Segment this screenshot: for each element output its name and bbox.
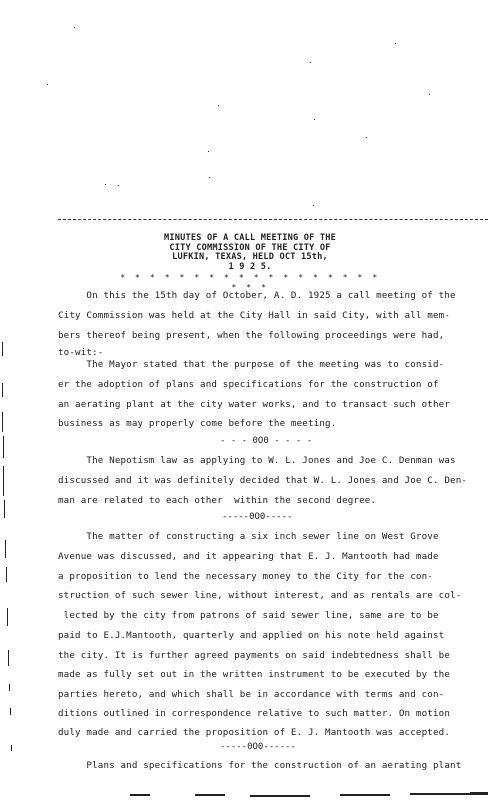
text-line: er the adoption of plans and specificati…	[58, 379, 439, 390]
scan-speck	[208, 151, 209, 152]
document-page: MINUTES OF A CALL MEETING OF THE CITY CO…	[0, 0, 488, 800]
text-line: man are related to each other within the…	[58, 495, 376, 506]
text-line: bers thereof being present, when the fol…	[58, 330, 444, 341]
margin-mark	[5, 540, 6, 558]
text-line: a proposition to lend the necessary mone…	[58, 571, 433, 582]
text-line: an aerating plant at the city water work…	[58, 399, 450, 410]
scan-smudge	[195, 794, 225, 796]
margin-mark	[2, 342, 3, 356]
margin-mark	[9, 684, 10, 691]
margin-mark	[10, 708, 11, 715]
margin-mark	[8, 650, 9, 666]
text-line: ditions outlined in correspondence relat…	[58, 708, 450, 719]
title-line: 1 9 2 5.	[120, 263, 380, 273]
scan-speck	[209, 177, 210, 178]
text-line: The Mayor stated that the purpose of the…	[58, 359, 444, 370]
text-line: The Nepotism law as applying to W. L. Jo…	[58, 455, 456, 466]
text-line: City Commission was held at the City Hal…	[58, 310, 450, 321]
scan-speck	[118, 185, 119, 186]
scan-speck	[313, 205, 314, 206]
text-line: to-wit:-	[58, 347, 103, 358]
section-separator: - - - 0O0 - - - -	[220, 436, 312, 446]
text-line: On this the 15th day of October, A. D. 1…	[58, 290, 456, 301]
text-line: struction of such sewer line, without in…	[58, 590, 461, 601]
scan-speck	[74, 27, 75, 28]
text-line: discussed and it was definitely decided …	[58, 475, 467, 486]
text-line: Plans and specifications for the constru…	[58, 760, 461, 771]
section-separator: -----0O0-----	[222, 512, 292, 522]
scan-speck	[314, 119, 315, 120]
margin-mark	[7, 608, 8, 626]
margin-mark	[4, 500, 5, 518]
margin-mark	[2, 383, 3, 397]
minutes-title-block: MINUTES OF A CALL MEETING OF THE CITY CO…	[120, 234, 380, 293]
scan-smudge	[130, 794, 150, 796]
scan-speck	[218, 105, 219, 106]
top-dashed-rule	[58, 219, 488, 220]
text-line: made as fully set out in the written ins…	[58, 669, 450, 680]
scan-smudge	[470, 792, 488, 795]
text-line: business as may properly come before the…	[58, 418, 336, 429]
scan-speck	[310, 62, 311, 63]
margin-mark	[3, 466, 4, 496]
section-separator: -----0O0------	[220, 742, 296, 752]
scan-smudge	[340, 794, 390, 796]
text-line: parties hereto, and which shall be in ac…	[58, 689, 444, 700]
text-line: the city. It is further agreed payments …	[58, 650, 450, 661]
text-line: paid to E.J.Mantooth, quarterly and appl…	[58, 630, 444, 641]
margin-mark	[3, 436, 4, 458]
margin-mark	[11, 745, 12, 751]
margin-mark	[6, 567, 7, 582]
scan-smudge	[410, 793, 470, 795]
scan-speck	[366, 137, 367, 138]
text-line: lected by the city from patrons of said …	[58, 610, 439, 621]
margin-mark	[2, 412, 3, 432]
text-line: The matter of constructing a six inch se…	[58, 531, 439, 542]
text-line: duly made and carried the proposition of…	[58, 727, 450, 738]
text-line: Avenue was discussed, and it appearing t…	[58, 551, 439, 562]
scan-speck	[429, 94, 430, 95]
scan-speck	[105, 184, 106, 185]
scan-speck	[395, 43, 396, 44]
scan-smudge	[250, 795, 310, 797]
scan-speck	[47, 84, 48, 85]
